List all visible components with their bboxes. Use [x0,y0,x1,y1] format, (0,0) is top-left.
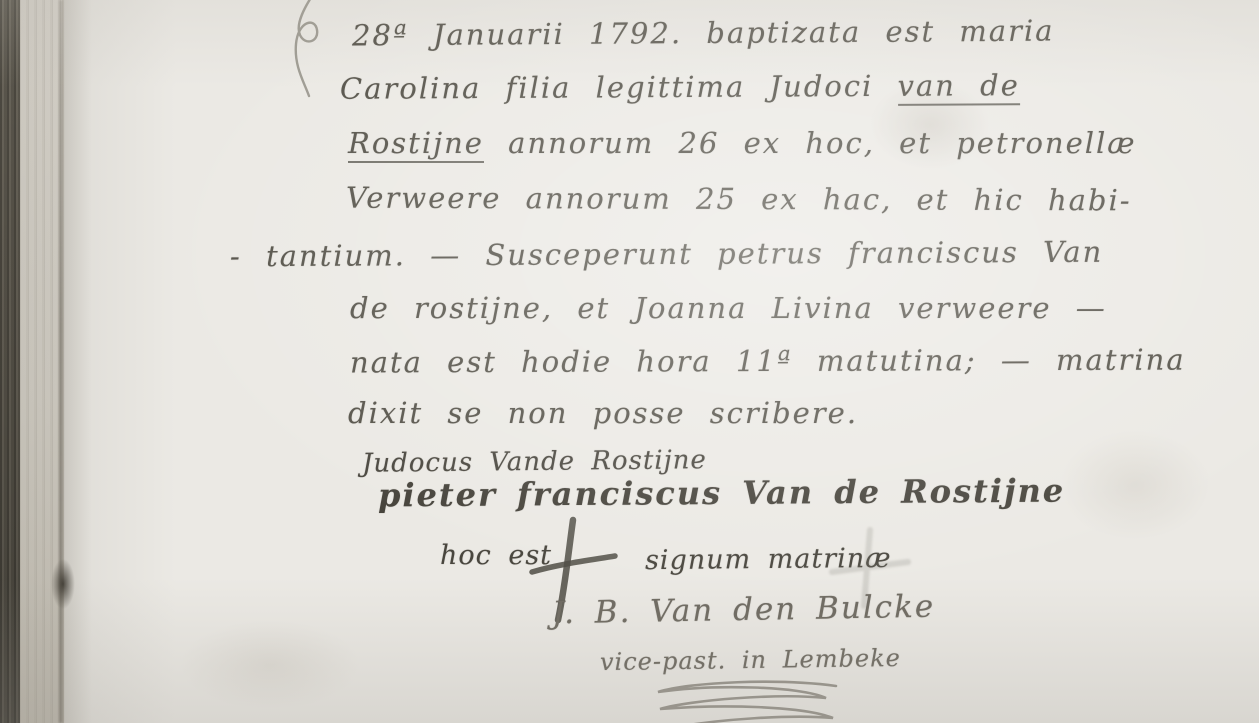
record-text: 28ª Januarii 1792. baptizata est maria [352,14,1055,53]
priest-signature: J. B. Van den Bulcke [552,589,936,632]
record-line: nata est hodie hora 11ª matutina; — matr… [350,343,1186,380]
record-text: dixit se non posse scribere. [348,396,858,430]
record-text: Carolina filia legittima Judoci [340,69,898,106]
godfather-signature: pieter franciscus Van de Rostijne [378,472,1065,515]
record-line: Rostijne annorum 26 ex hoc, et petronell… [348,126,1137,160]
record-text: - tantium. — Susceperunt petrus francisc… [230,235,1103,274]
binding-texture [0,0,22,723]
margin-flourish-icon [283,0,337,100]
record-line: dixit se non posse scribere. [348,396,858,430]
record-line: Carolina filia legittima Judoci van de [340,68,1020,106]
paper-blotch [180,620,360,710]
record-text: Verweere annorum 25 ex hac, et hic habi- [346,181,1132,218]
paper-blotch [1060,430,1210,540]
record-text: annorum 26 ex hoc, et petronellæ [484,126,1137,160]
record-text: nata est hodie hora 11ª matutina; — matr… [350,343,1186,380]
manuscript-page: 28ª Januarii 1792. baptizata est maria C… [0,0,1259,723]
binding-ink-blot [46,548,80,620]
record-line: de rostijne, et Joanna Livina verweere — [350,291,1107,325]
priest-title: vice-past. in Lembeke [600,644,901,676]
record-line: - tantium. — Susceperunt petrus francisc… [230,235,1103,274]
underlined-text: van de [897,68,1019,106]
underlined-text: Rostijne [348,126,484,163]
record-line: 28ª Januarii 1792. baptizata est maria [352,14,1055,53]
record-line: Verweere annorum 25 ex hac, et hic habi- [346,181,1132,218]
bottom-flourish-icon [628,676,843,723]
record-text: de rostijne, et Joanna Livina verweere — [350,291,1107,325]
